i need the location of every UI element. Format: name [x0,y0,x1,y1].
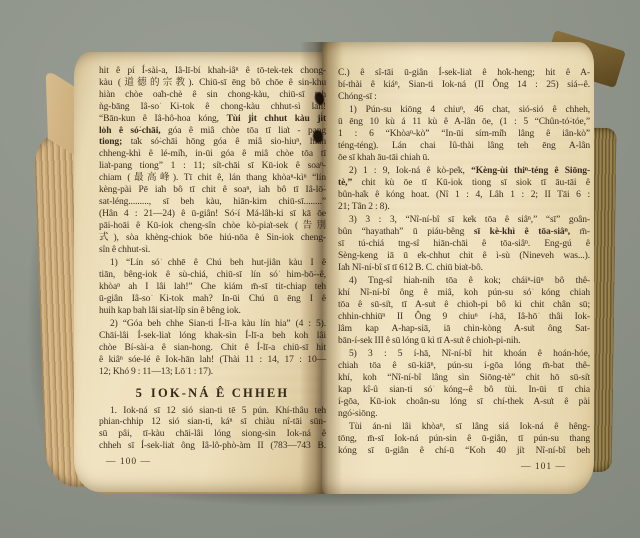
text-line: tè,” chit kù ōe tī Kū-iok tiong sī siok … [338,178,590,190]
text-line: ōe sī khah āu-tāi chiah ū. [338,153,590,165]
text-line: Tùi án-ni lâi khòaⁿ, sī lâng siá Iok-ná … [338,422,590,434]
text-line: sī tú-chiá tng-sî hiān-chāi ê tōa-siâⁿ. … [338,239,590,251]
text-line: sat-léng........., sī beh kàu, hiān-kim … [99,197,326,209]
text-line: chòe Bí-sài-a ê sian-hong. Chit ê Í-lī-a… [99,343,326,355]
text-line: chiah tōa ê sū-kiāⁿ, pún-su í-gōa lóng m… [338,361,590,373]
photo-of-open-book: hit ê pí Í-sài-a, Iâ-lī-bí khah-iâⁿ ê tō… [0,0,640,538]
text-line: 4) Tng-sî hiah-nih tōa ê kok; cháiⁿ-iūⁿ … [338,276,590,288]
text-line: Sèng-keng iā ū e̍k-chhut chit ê ì-sù (Ni… [338,251,590,263]
text-line: bûn “hayathah” ū piáu-bêng sī kè-khì ê t… [338,227,590,239]
text-line: tōng, m̄-sī Iok-ná pún-sin ê ū-giân, tī … [338,434,590,446]
text-line: khí Nî-ní-bî ông ê miâ, koh pún-su só͘ k… [338,288,590,300]
text-line: (Hân 4 : 21—24) ê ū-giân! Só͘-í Má-lâh-k… [99,209,326,221]
text-line: kèng-pài Pē ia̍h bô tī chit ê soaⁿ, ia̍h… [99,185,326,197]
text-line: 1) Pún-su kiōng 4 chiuⁿ, 46 chat, sió-si… [338,105,590,117]
text-line: Chāi-lâi Í-sek-lia̍t lóng khak-sìn Í-lī-… [99,331,326,343]
text-line: tōa ê sū-si̍t, tī A-su̍t ê chio̍h-pi bô … [338,300,590,312]
text-line: khòaⁿ ah I lâi lah!” Che kiám m̄-sī tit-… [99,282,326,294]
text-line: kàu (道德的宗教). Chiū-sī ēng bô chōe ê sin-k… [99,78,326,90]
text-line: lo̍h ê só͘-chāi, góa ê miâ chòe tōa tī l… [99,126,326,138]
text-line: téng-téng). Lán chai Iû-thài lâng teh ēn… [338,141,590,153]
text-line: sîn ê chhut-sì. [99,245,326,257]
right-page-text: C.) ê sî-tāi ū-giân Í-sek-lia̍t ê ho̍k-h… [338,68,590,474]
text-line: 12; Khó 9 : 11—13; Lō͘ 1 : 17). [99,367,326,379]
text-line: í-gōa, Kū-iok choân-su lóng sī chí-thek … [338,397,590,409]
text-line: 2) 1 : 9, Iok-ná ê kò-pe̍k, “Kèng-ùi thi… [338,166,590,178]
left-page-lines-top: hit ê pí Í-sài-a, Iâ-lī-bí khah-iâⁿ ê tō… [99,66,326,379]
text-line: kóng sī ū-giân ê chí-ū “Koh 40 ji̍t Nî-n… [338,446,590,458]
text-line: bān-í-sek III ê sū lóng ū kì tī A-su̍t ê… [338,336,590,348]
text-line: kap kî-û sian-ti só͘ kóng--ê bô tùi. In-… [338,385,590,397]
text-line: tiān, bêng-iok ê sù-chiá, chiū-sī lín só… [99,270,326,282]
text-line: lia̍t-pang tiong” 1 : 11; si̍t-chāi sī K… [99,161,326,173]
text-line: ū-giân Iâ-so͘ Ki-tok mah? In-ūi Chú ū ēn… [99,294,326,306]
text-line: bûn-ha̍k ê kóng hoat. (Nî 1 : 4, Lâh 1 :… [338,190,590,202]
section-number: 5 [136,386,142,400]
text-line: 1) “Lín só͘ chhē ê Chú beh hut-jiân kàu … [99,258,326,270]
text-line: 5) 3 : 5 í-hā, Nî-ní-bî hit khoán ê hoán… [338,349,590,361]
text-line: 式), sòa khèng-chiok bōe hiú-nōa ê Sin-io… [99,233,326,245]
text-line: phian-chhip 12 sió sian-ti, káⁿ sī chiàu… [99,417,326,429]
page-number-right: — 101 — [338,462,590,474]
left-page-text: hit ê pí Í-sài-a, Iâ-lī-bí khah-iâⁿ ê tō… [99,66,326,469]
text-line: chhin-chhiūⁿ II Ông 9 chiuⁿ í-hā, Iâ-hō͘… [338,312,590,324]
text-line: huih kap bah lâi siat-li̍p sin ê bêng io… [99,306,326,318]
text-line: chiam (最高峰). Tī chit ê, lán thang khòaⁿ-… [99,173,326,185]
section-heading: 5IOK-NÁ Ê CHHEH [99,386,326,400]
text-line: ǹg-bāng Iâ-so͘ Ki-tok ê chong-kàu chhut-… [99,102,326,114]
text-line: 1. Iok-ná sī 12 sió sian-ti tē 5 pún. Kh… [99,406,326,418]
text-line: 3) 3 : 3, “Nî-ní-bî sī ke̍k tōa ê siâⁿ,”… [338,215,590,227]
text-line: lâm kap A-hap-siā, iā chìn-kòng A-su̍t ô… [338,324,590,336]
text-line: chheng-khì ê lé-mi̍h, in-ūi góa ê miâ ch… [99,149,326,161]
text-line: 1 : 6 “Khòaⁿ-kò͘” “In-ūi sím-mi̍h lâng ê… [338,129,590,141]
text-line: sū pâi, tī-kàu chāi-lâi lóng siong-sìn I… [99,429,326,441]
text-line: tiong; ta̍k só͘-chāi hōng góa ê miâ sio-… [99,137,326,149]
text-line: Chóng-sī : [338,92,590,104]
text-line: Ia̍h Nî-ní-bî sī tī 612 B. C. chiū bia̍t… [338,263,590,275]
text-line: pāi-hoāi ê Kū-iok cheng-sîn chòe kò-pia̍… [99,221,326,233]
text-line: 21; Tân 2 : 8). [338,202,590,214]
text-line: hiàn chòe oa̍h-chè ê sin chong-kàu, chiū… [99,90,326,102]
text-line: “Bān-kun ê Iâ-hô-hoa kóng, Tùi ji̍t chhu… [99,114,326,126]
section-title: IOK-NÁ Ê CHHEH [151,386,289,400]
text-line: hit ê pí Í-sài-a, Iâ-lī-bí khah-iâⁿ ê tō… [99,66,326,78]
text-line: khí, koh “Nî-ní-bî lâng sìn Siōng-tè” ch… [338,373,590,385]
text-line: bí-thài ê kiáⁿ, Sian-ti Iok-ná (II Ông 1… [338,80,590,92]
text-line: ngó͘-siōng. [338,409,590,421]
page-number-left: — 100 — [99,457,326,469]
text-line: chheh sī Í-sek-lia̍t ông Iâ-lô-phò-àm II… [99,441,326,453]
text-line: ê kiâⁿ sóe-lé ê Iok-hān lah! (Thài 11 : … [99,355,326,367]
left-page-lines-bottom: 1. Iok-ná sī 12 sió sian-ti tē 5 pún. Kh… [99,406,326,454]
text-line: ū ēng 10 kù á 11 kù ê A-lân ōe, (1 : 5 “… [338,117,590,129]
right-page-lines: C.) ê sî-tāi ū-giân Í-sek-lia̍t ê ho̍k-h… [338,68,590,458]
text-line: 2) “Góa beh chhe Sian-ti Í-lī-a kàu lín … [99,319,326,331]
text-line: C.) ê sî-tāi ū-giân Í-sek-lia̍t ê ho̍k-h… [338,68,590,80]
